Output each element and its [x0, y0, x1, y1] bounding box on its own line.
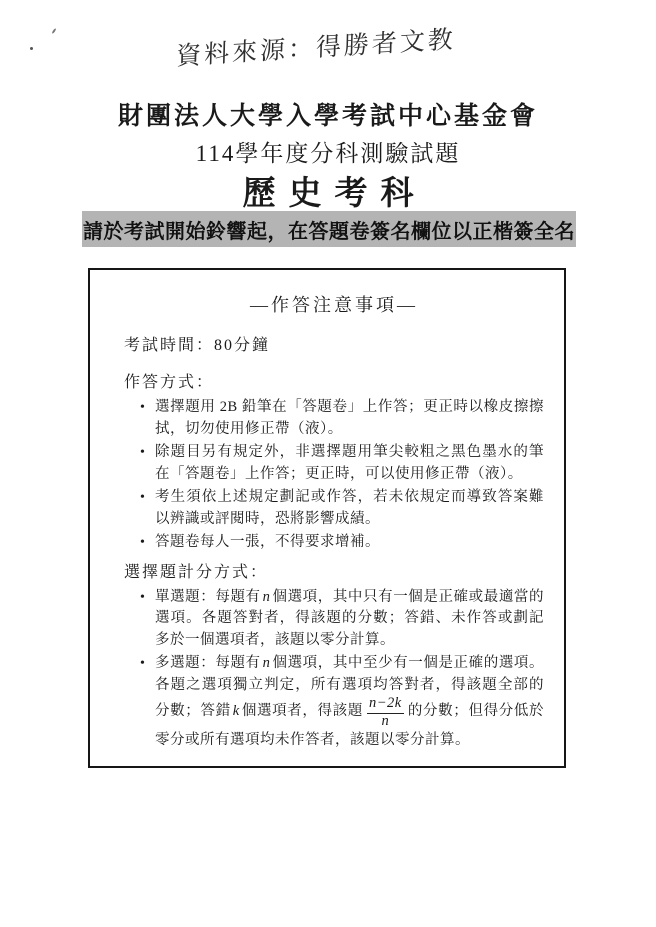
scan-speck: [51, 28, 56, 34]
scoring-single-choice-item: 單選題：每題有n個選項，其中只有一個是正確或最適當的選項。各題答對者，得該題的分…: [140, 587, 544, 652]
exam-time-line: 考試時間：80分鐘: [124, 335, 544, 356]
answer-method-item: 選擇題用 2B 鉛筆在「答題卷」上作答；更正時以橡皮擦擦拭，切勿使用修正帶（液）…: [140, 397, 544, 440]
fraction-numerator: n−2k: [367, 696, 404, 714]
answer-method-item: 除題目另有規定外，非選擇題用筆尖較粗之黑色墨水的筆在「答題卷」上作答；更正時，可…: [140, 442, 544, 485]
scoring-method-label: 選擇題計分方式：: [124, 562, 544, 583]
single-choice-text: 單選題：每題有: [155, 589, 261, 605]
fraction-denominator: n: [367, 714, 404, 730]
multiple-choice-text: 多選題：每題有: [155, 655, 261, 671]
scoring-method-list: 單選題：每題有n個選項，其中只有一個是正確或最適當的選項。各題答對者，得該題的分…: [124, 587, 544, 752]
answer-method-item: 考生須依上述規定劃記或作答，若未依規定而導致答案難以辨識或評閱時，恐將影響成績。: [140, 487, 544, 530]
variable-n: n: [261, 589, 273, 605]
answer-instructions-box: —作答注意事項— 考試時間：80分鐘 作答方式： 選擇題用 2B 鉛筆在「答題卷…: [88, 268, 566, 768]
exam-session-title: 114學年度分科測驗試題: [0, 135, 656, 168]
answer-method-item: 答題卷每人一張，不得要求增補。: [140, 532, 544, 554]
answer-method-label: 作答方式：: [124, 372, 544, 393]
scan-speck: [30, 47, 33, 50]
signature-notice-bar: 請於考試開始鈴響起，在答題卷簽名欄位以正楷簽全名: [82, 211, 576, 247]
subject-title: 歷史考科: [0, 167, 656, 214]
exam-cover-page: { "document": { "handwriting_note": "資料來…: [0, 0, 656, 927]
scoring-multiple-choice-item: 多選題：每題有n個選項，其中至少有一個是正確的選項。各題之選項獨立判定，所有選項…: [140, 653, 544, 751]
multiple-choice-text: 個選項者，得該題: [242, 703, 363, 719]
variable-n: n: [261, 655, 273, 671]
instructions-header: —作答注意事項—: [124, 294, 544, 316]
answer-method-list: 選擇題用 2B 鉛筆在「答題卷」上作答；更正時以橡皮擦擦拭，切勿使用修正帶（液）…: [124, 397, 544, 554]
organization-title: 財團法人大學入學考試中心基金會: [0, 96, 656, 132]
score-fraction: n−2kn: [363, 696, 408, 730]
variable-k: k: [231, 703, 242, 719]
handwritten-source-note: 資料來源：得勝者文教: [176, 19, 456, 72]
